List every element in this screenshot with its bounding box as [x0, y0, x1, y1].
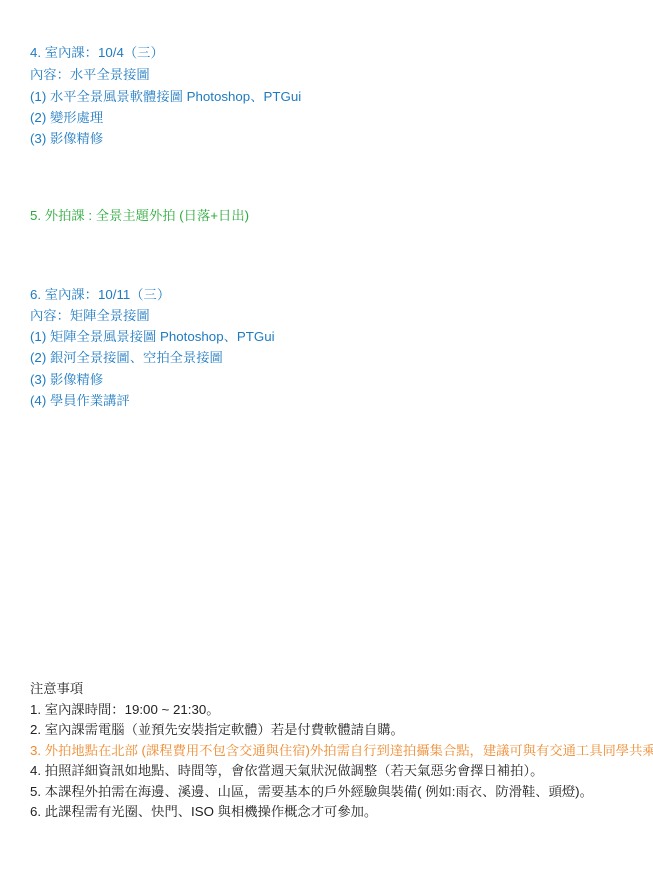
notes-heading: 注意事項: [30, 678, 83, 699]
section-title: 4. 室內課：10/4（三）: [30, 42, 164, 63]
note-item: 4. 拍照詳細資訊如地點、時間等，會依當週天氣狀況做調整（若天氣惡劣會擇日補拍）…: [30, 760, 543, 781]
section-item: (1) 矩陣全景風景接圖 Photoshop、PTGui: [30, 326, 275, 347]
note-item-highlight: 3. 外拍地點在北部 (課程費用不包含交通與住宿)外拍需自行到達拍攝集合點，建議…: [30, 740, 653, 761]
section-item: (3) 影像精修: [30, 128, 103, 149]
note-item: 2. 室內課需電腦（並預先安裝指定軟體）若是付費軟體請自購。: [30, 719, 404, 740]
section-item: (2) 銀河全景接圖、空拍全景接圖: [30, 347, 223, 368]
section-item: (3) 影像精修: [30, 369, 103, 390]
section-content-label: 內容：水平全景接圖: [30, 64, 150, 85]
note-item: 6. 此課程需有光圈、快門、ISO 與相機操作概念才可參加。: [30, 801, 377, 822]
section-item: (2) 變形處理: [30, 107, 103, 128]
section-title: 6. 室內課：10/11（三）: [30, 284, 170, 305]
note-item: 1. 室內課時間：19:00 ~ 21:30。: [30, 699, 220, 720]
section-title: 5. 外拍課 : 全景主題外拍 (日落+日出): [30, 205, 249, 226]
note-item: 5. 本課程外拍需在海邊、溪邊、山區，需要基本的戶外經驗與裝備( 例如:雨衣、防…: [30, 781, 593, 802]
section-content-label: 內容：矩陣全景接圖: [30, 305, 150, 326]
section-item: (1) 水平全景風景軟體接圖 Photoshop、PTGui: [30, 86, 301, 107]
section-item: (4) 學員作業講評: [30, 390, 130, 411]
